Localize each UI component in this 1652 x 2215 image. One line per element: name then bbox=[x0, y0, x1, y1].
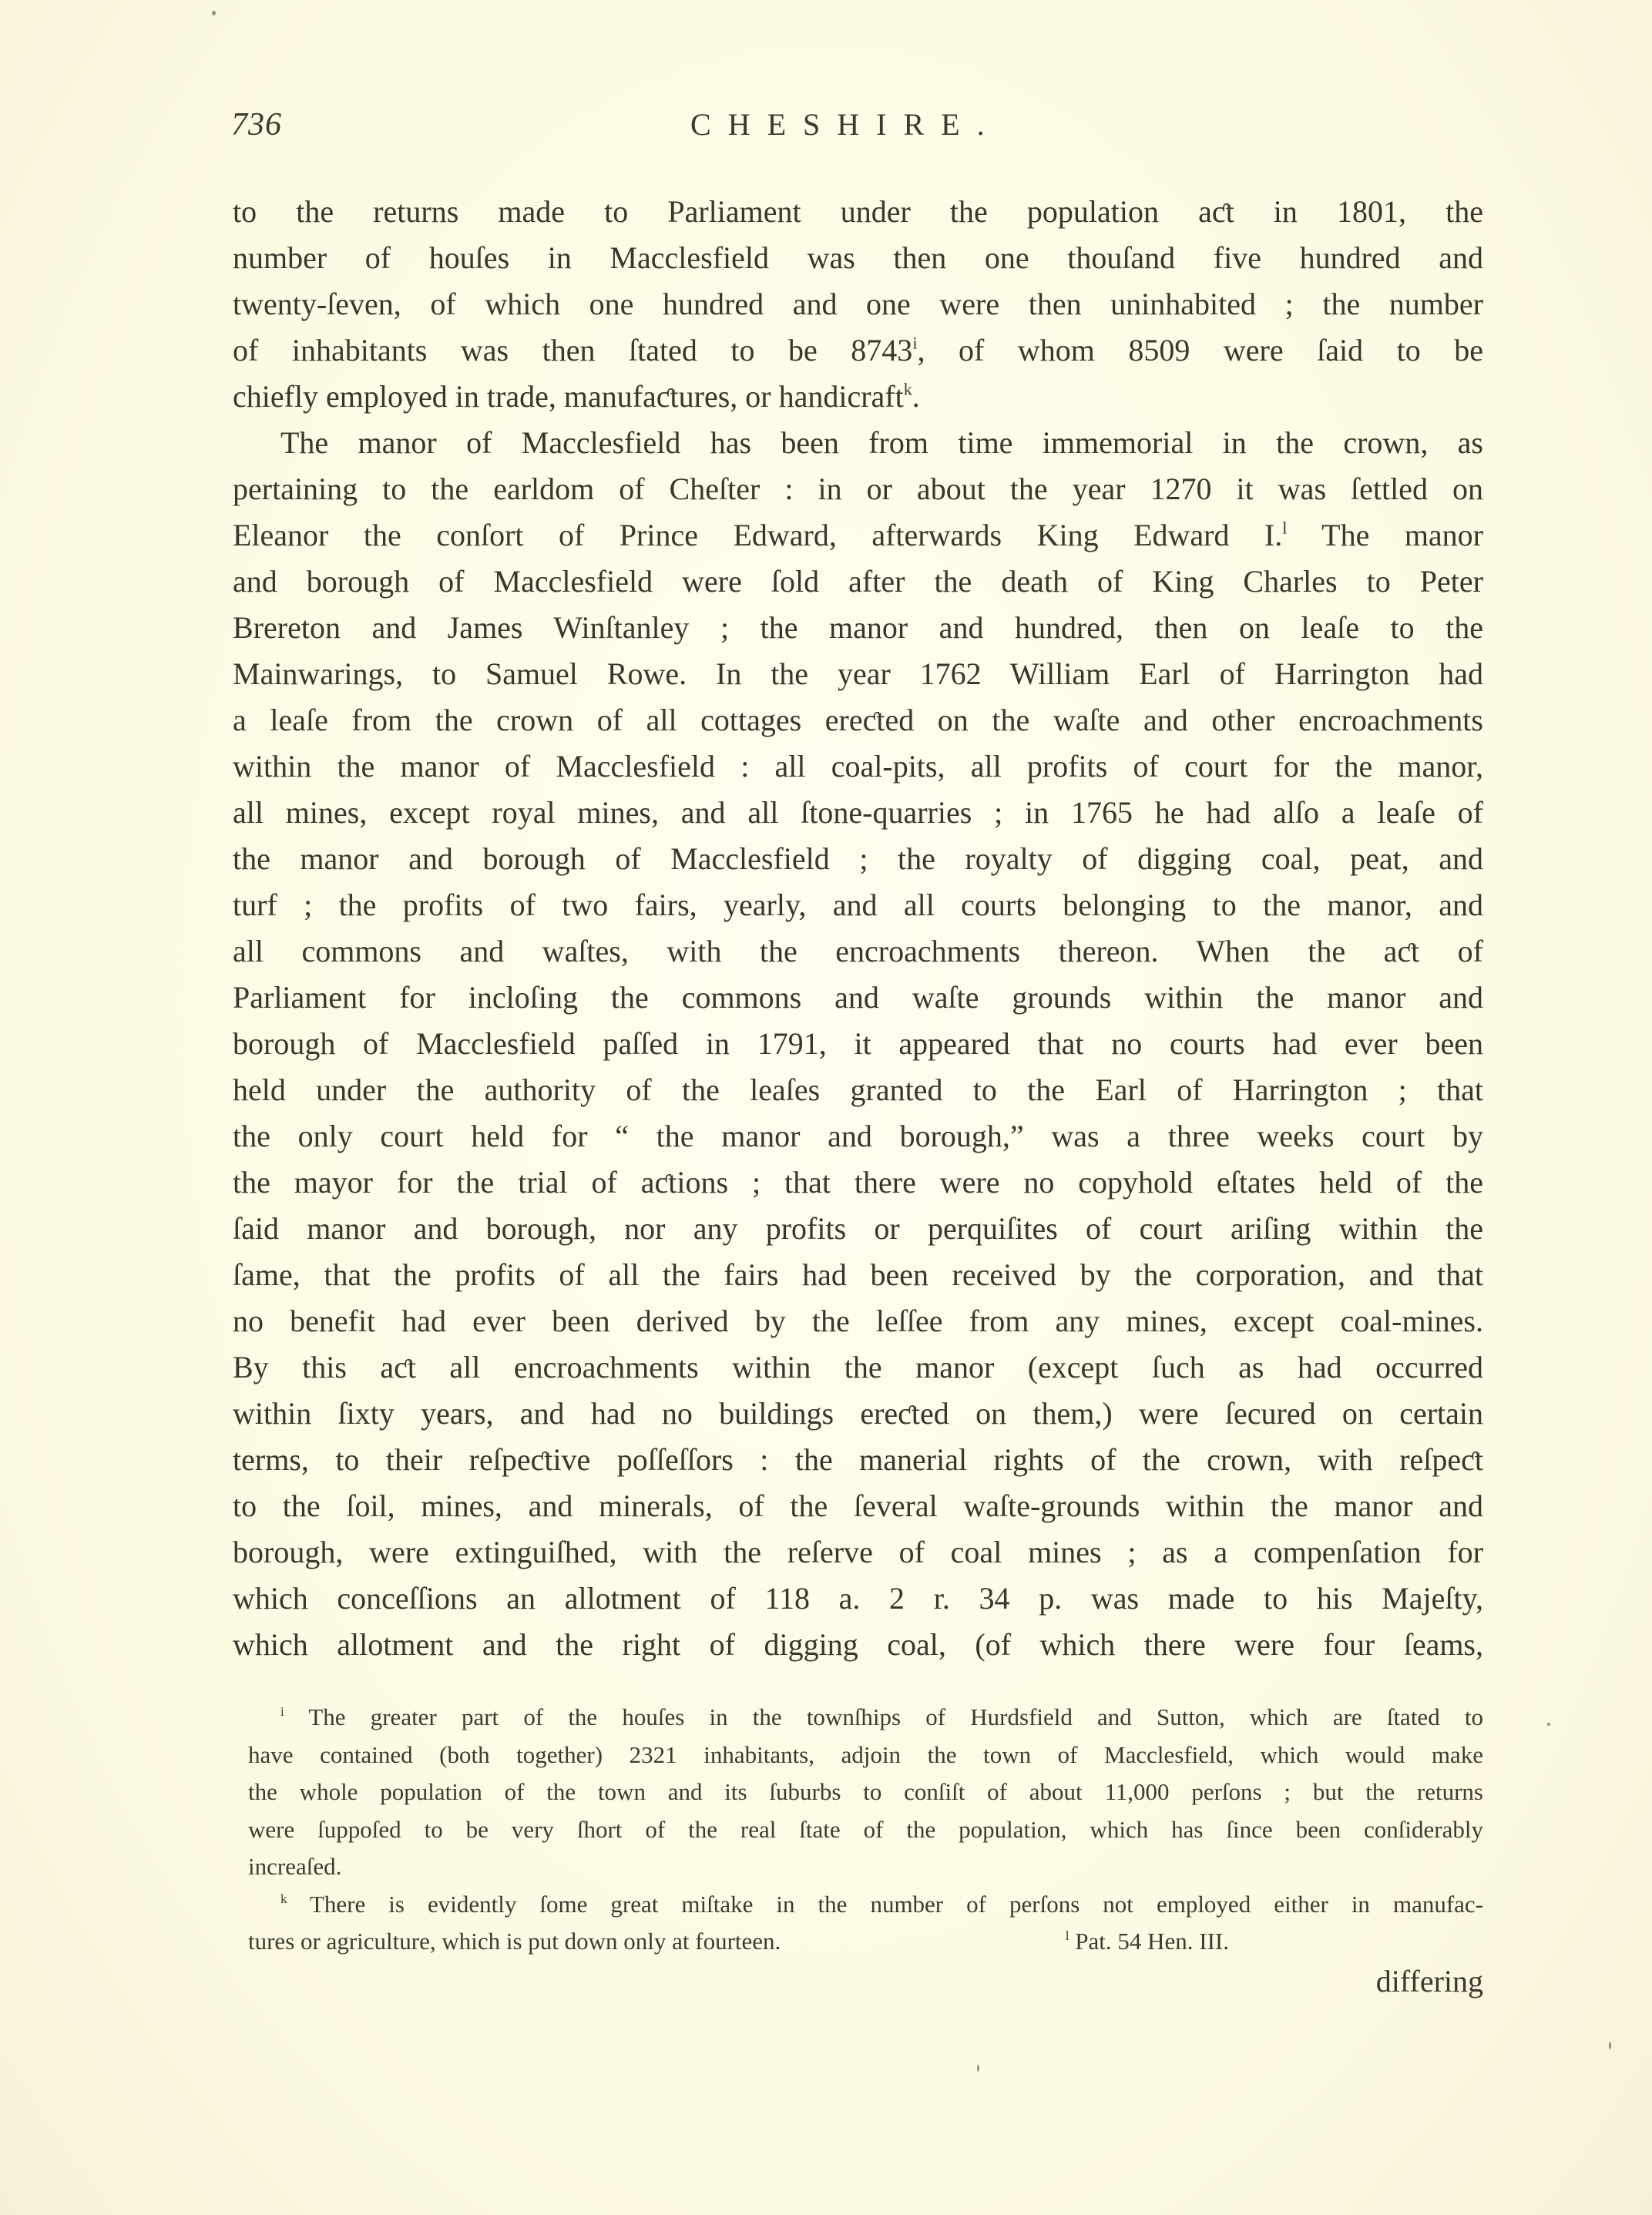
body-line: all commons and waſtes, with the encroac… bbox=[233, 928, 1483, 975]
body-line: no benefit had ever been derived by the … bbox=[233, 1298, 1483, 1344]
body-line: By this aƈt all encroachments within the… bbox=[233, 1344, 1483, 1391]
line-text: The manor bbox=[1287, 518, 1483, 552]
line-text: of inhabitants was then ſtated to be 874… bbox=[233, 333, 912, 367]
footnote-i-line: have contained (both together) 2321 inha… bbox=[248, 1737, 1483, 1774]
body-line: borough, were extinguiſhed, with the reſ… bbox=[233, 1529, 1483, 1576]
footnote-ref-k[interactable]: k bbox=[904, 380, 912, 399]
body-line: which conceſſions an allotment of 118 a.… bbox=[233, 1576, 1483, 1622]
footnote-text: The greater part of the houſes in the to… bbox=[308, 1703, 1483, 1730]
body-line: ſaid manor and borough, nor any profits … bbox=[233, 1206, 1483, 1252]
body-line: Brereton and James Winſtanley ; the mano… bbox=[233, 605, 1483, 651]
body-line: to the ſoil, mines, and minerals, of the… bbox=[233, 1483, 1483, 1529]
body-line: all mines, except royal mines, and all ſ… bbox=[233, 790, 1483, 836]
paper-speck bbox=[1547, 1723, 1550, 1726]
body-line: number of houſes in Macclesfield was the… bbox=[233, 235, 1483, 281]
line-text: chiefly employed in trade, manufaƈtures,… bbox=[233, 379, 904, 414]
body-line: chiefly employed in trade, manufaƈtures,… bbox=[233, 374, 1483, 420]
footnote-text: Pat. 54 Hen. III. bbox=[1075, 1928, 1229, 1955]
body-line: and borough of Macclesfield were ſold af… bbox=[233, 559, 1483, 605]
body-line: ſame, that the profits of all the fairs … bbox=[233, 1252, 1483, 1298]
footnote-i-line: i The greater part of the houſes in the … bbox=[248, 1699, 1483, 1737]
line-text: Eleanor the conſort of Prince Edward, af… bbox=[233, 518, 1282, 552]
footnote-k-line: k There is evidently ſome great miſtake … bbox=[248, 1886, 1483, 1924]
footnote-mark-l: l bbox=[1066, 1928, 1069, 1943]
paper-speck bbox=[977, 2065, 979, 2072]
footnote-l: l Pat. 54 Hen. III. bbox=[1066, 1923, 1229, 1961]
body-line: Parliament for incloſing the commons and… bbox=[233, 975, 1483, 1021]
line-text: , of whom 8509 were ſaid to be bbox=[917, 333, 1483, 367]
body-line: of inhabitants was then ſtated to be 874… bbox=[233, 327, 1483, 374]
footnote-i-line: were ſuppoſed to be very ſhort of the re… bbox=[248, 1811, 1483, 1849]
body-line: twenty-ſeven, of which one hundred and o… bbox=[233, 281, 1483, 327]
footnote-i-line: increaſed. bbox=[248, 1848, 1483, 1886]
body-line: Eleanor the conſort of Prince Edward, af… bbox=[233, 512, 1483, 559]
body-line: within ſixty years, and had no buildings… bbox=[233, 1391, 1483, 1437]
line-text: . bbox=[912, 379, 920, 414]
body-line: Mainwarings, to Samuel Rowe. In the year… bbox=[233, 651, 1483, 697]
body-line: turf ; the profits of two fairs, yearly,… bbox=[233, 882, 1483, 928]
body-line: the manor and borough of Macclesfield ; … bbox=[233, 836, 1483, 882]
body-line: held under the authority of the leaſes g… bbox=[233, 1067, 1483, 1113]
footnote-mark-i: i bbox=[280, 1704, 284, 1719]
body-line: to the returns made to Parliament under … bbox=[233, 189, 1483, 235]
paper-speck bbox=[212, 11, 216, 15]
paper-speck bbox=[1609, 2042, 1611, 2049]
body-line: within the manor of Macclesfield : all c… bbox=[233, 743, 1483, 790]
body-line: The manor of Macclesfield has been from … bbox=[233, 420, 1483, 466]
body-line: the mayor for the trial of aƈtions ; tha… bbox=[233, 1160, 1483, 1206]
body-line: borough of Macclesfield paſſed in 1791, … bbox=[233, 1021, 1483, 1067]
body-text: to the returns made to Parliament under … bbox=[233, 189, 1483, 1668]
running-head: 736 CHESHIRE. bbox=[231, 106, 1483, 153]
page-number: 736 bbox=[231, 106, 282, 143]
footnote-text: tures or agriculture, which is put down … bbox=[248, 1923, 781, 1961]
body-line: a leaſe from the crown of all cottages e… bbox=[233, 697, 1483, 743]
footnotes: i The greater part of the houſes in the … bbox=[248, 1699, 1483, 1961]
catchword: differing bbox=[1376, 1963, 1483, 1999]
running-title: CHESHIRE. bbox=[690, 106, 1002, 143]
footnote-text: There is evidently ſome great miſtake in… bbox=[310, 1891, 1483, 1918]
body-line: which allotment and the right of digging… bbox=[233, 1622, 1483, 1668]
body-line: the only court held for “ the manor and … bbox=[233, 1113, 1483, 1160]
footnote-i-line: the whole population of the town and its… bbox=[248, 1774, 1483, 1811]
footnote-mark-k: k bbox=[280, 1891, 287, 1906]
footnote-k-l-line: tures or agriculture, which is put down … bbox=[248, 1923, 1483, 1961]
body-line: terms, to their reſpeƈtive poſſeſſors : … bbox=[233, 1437, 1483, 1483]
body-line: pertaining to the earldom of Cheſter : i… bbox=[233, 466, 1483, 512]
